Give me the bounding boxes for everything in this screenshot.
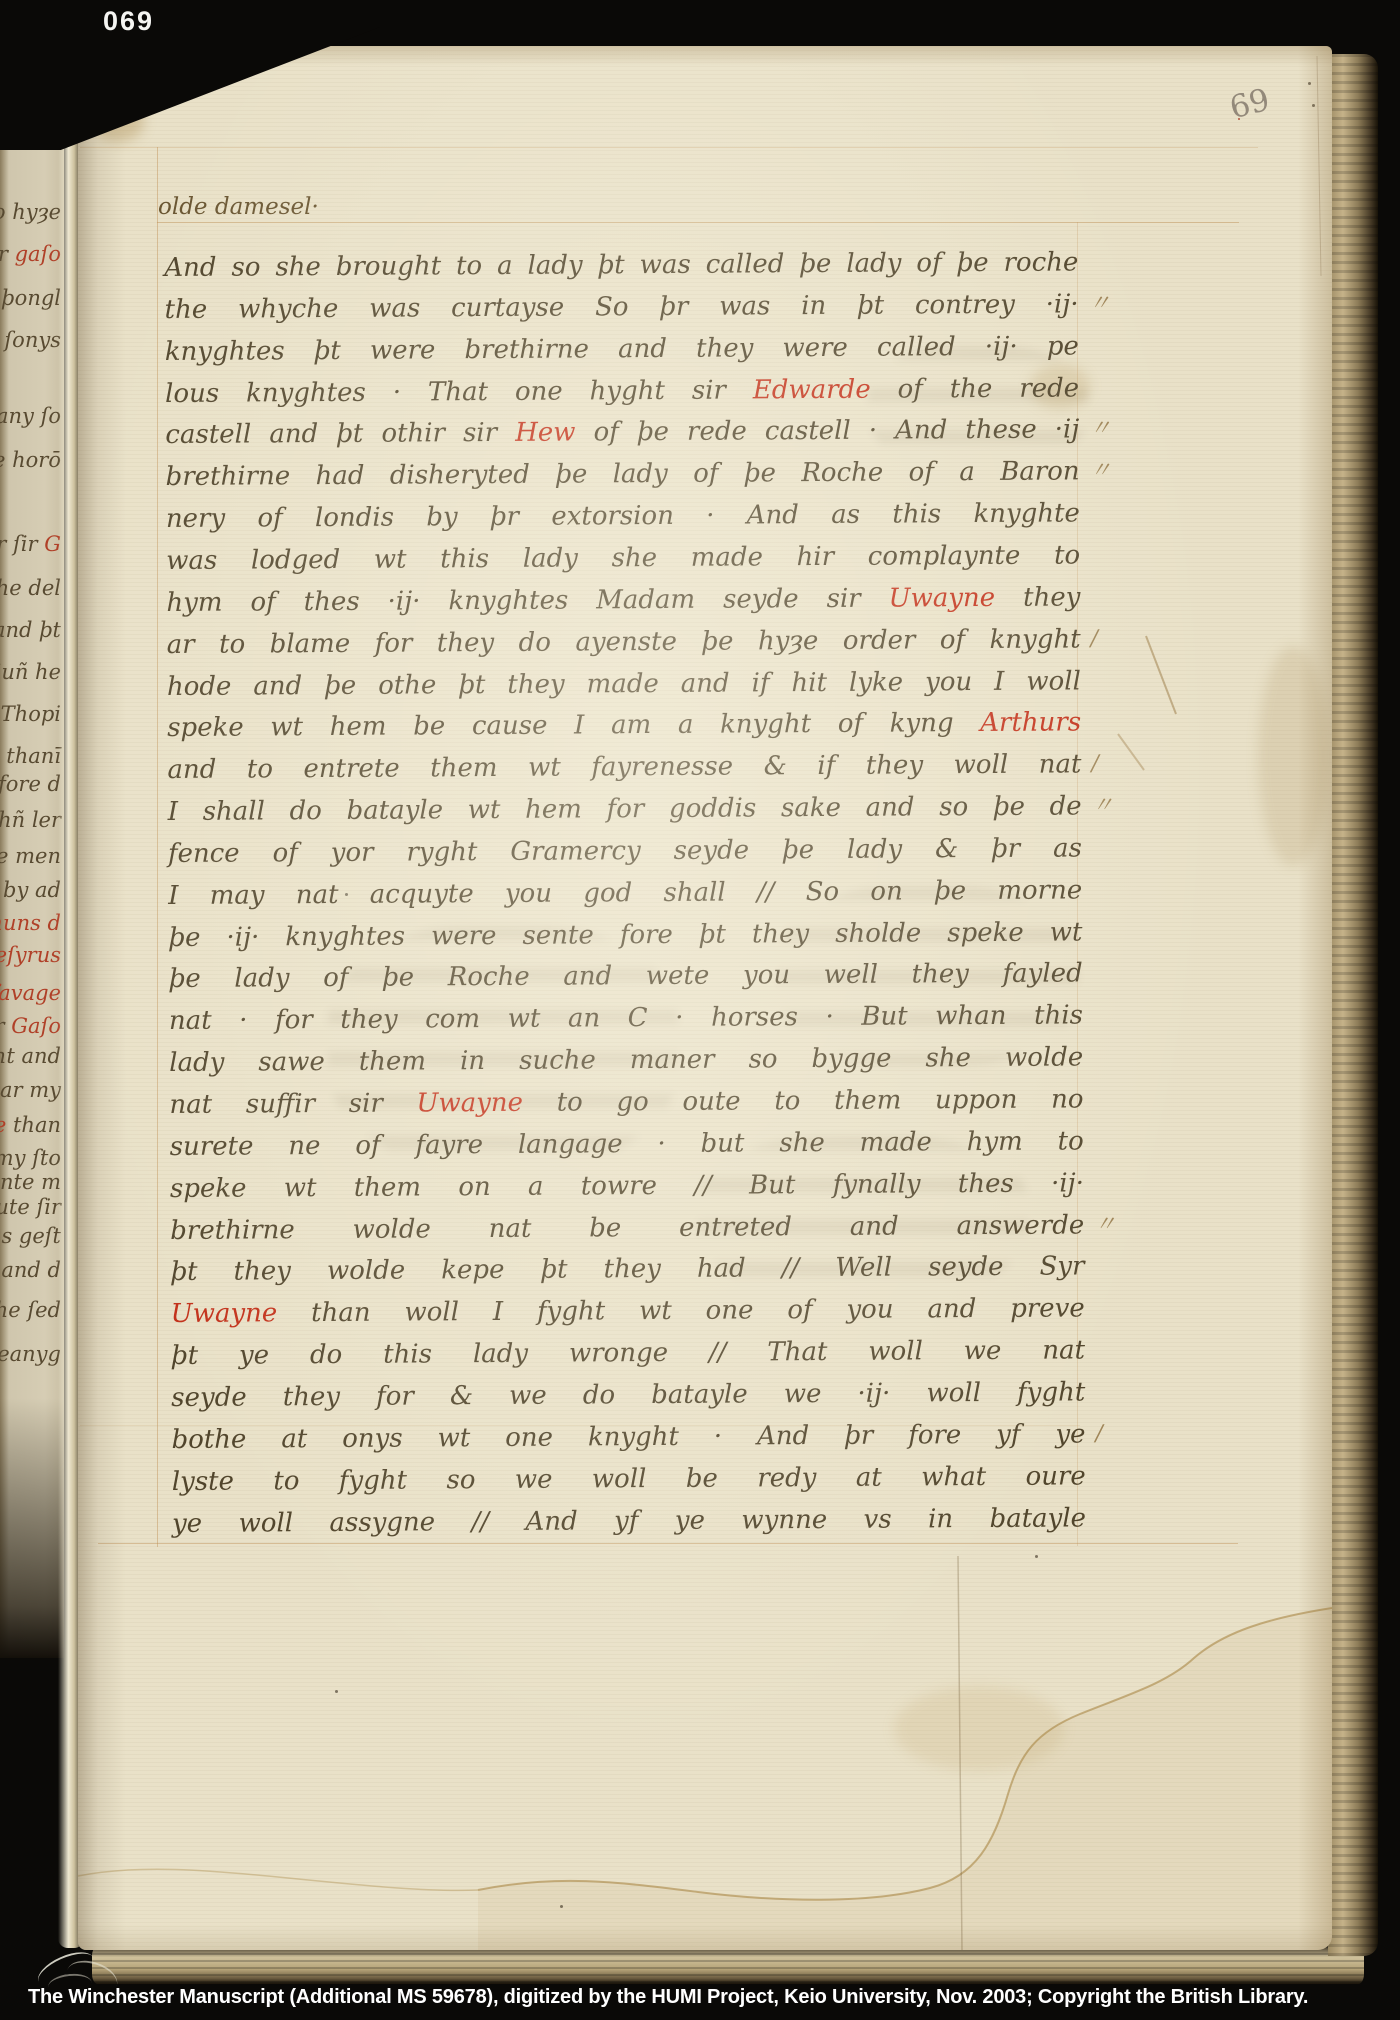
- ink-text: than: [13, 1113, 61, 1137]
- rubric-word: ayne: [0, 1113, 13, 1137]
- book-bottom-edge: [92, 1946, 1364, 1984]
- gutter-text-fragment: m ſir gaſo: [0, 242, 61, 266]
- rubric-word: Gaſo: [11, 1014, 61, 1038]
- ink-text: au Thopi: [0, 702, 61, 726]
- page-vignette: [78, 46, 1332, 1950]
- ink-text: oge thanī: [0, 744, 61, 768]
- ink-text: ſo by ad: [0, 878, 61, 902]
- gutter-text-fragment: my knyght and: [0, 1044, 61, 1068]
- ink-text: m ſir: [0, 242, 15, 266]
- ink-text: as fore d: [0, 772, 61, 796]
- gutter-text-fragment: the meanyg: [0, 1342, 61, 1366]
- ink-text: te hñ ler: [0, 808, 61, 832]
- gutter-text-fragment: le deſyrus: [0, 943, 61, 967]
- gutter-text-fragment: was geſt: [0, 1224, 61, 1248]
- gutter-text-fragment: as fore d: [0, 772, 61, 796]
- ink-text: ave many ſo: [0, 404, 61, 428]
- ink-text: þſon and þt: [0, 618, 61, 642]
- gutter-text-fragment: heute ſir: [0, 1195, 61, 1219]
- ink-text: my knyght and: [0, 1044, 61, 1068]
- gutter-text-fragment: l Befor ſir G: [0, 532, 61, 556]
- ink-text: l Befor ſir: [0, 532, 44, 556]
- ink-text: and þt he del: [0, 576, 61, 600]
- gutter-text-fragment: oge thanī: [0, 744, 61, 768]
- ink-text: aſ ſo hyȝe: [0, 200, 61, 224]
- gutter-text-fragment: t of my ſto: [0, 1146, 61, 1170]
- ink-text: of niuñ he: [0, 660, 61, 684]
- gutter-page-strip: aſ ſo hyȝem ſir gaſohyr þonglſyrūd ſonys…: [0, 138, 64, 1658]
- ink-text: ore ſir: [0, 1014, 11, 1038]
- ink-text: nd falle horō: [0, 448, 61, 472]
- ink-text: the meanyg: [0, 1342, 61, 1366]
- gutter-text-fragment: te hñ ler: [0, 808, 61, 832]
- gutter-text-fragment: ſhe·he men: [0, 844, 61, 868]
- ink-text: t of my ſto: [0, 1146, 61, 1170]
- rubric-word: dothuns d: [0, 911, 61, 935]
- ink-text: was geſt: [0, 1224, 61, 1248]
- gutter-text-fragment: þſon and þt: [0, 618, 61, 642]
- rubric-word: le deſyrus: [0, 943, 61, 967]
- gutter-text-fragment: aſ ſo hyȝe: [0, 200, 61, 224]
- ink-text: do yſthe ſed: [0, 1298, 61, 1322]
- gutter-text-fragment: ſyrūd ſonys: [0, 328, 61, 352]
- book-fore-edge: [1328, 54, 1378, 1956]
- ink-text: can and d: [0, 1258, 61, 1282]
- gutter-text-fragment: au Thopi: [0, 702, 61, 726]
- ink-text: heute ſir: [0, 1195, 61, 1219]
- ink-text: emente m: [0, 1170, 61, 1194]
- scan-page-number: 069: [103, 6, 154, 37]
- ink-text: hyr þongl: [0, 286, 61, 310]
- ink-text: et har my: [0, 1078, 61, 1102]
- gutter-text-fragment: emente m: [0, 1170, 61, 1194]
- gutter-text-fragment: and þt he del: [0, 576, 61, 600]
- gutter-text-fragment: as le ſavage: [0, 981, 61, 1005]
- caption-bar: The Winchester Manuscript (Additional MS…: [28, 1986, 1396, 2009]
- manuscript-photo-frame: aſ ſo hyȝem ſir gaſohyr þonglſyrūd ſonys…: [0, 0, 1400, 2020]
- gutter-text-fragment: nd falle horō: [0, 448, 61, 472]
- gutter-text-fragment: of niuñ he: [0, 660, 61, 684]
- gutter-text-fragment: hyr þongl: [0, 286, 61, 310]
- rubric-word: gaſo: [15, 242, 61, 266]
- gutter-text-fragment: can and d: [0, 1258, 61, 1282]
- gutter-text-fragment: ayne than: [0, 1113, 61, 1137]
- manuscript-page: olde damesel· 69 And so she brought to a…: [78, 46, 1332, 1950]
- ink-text: ſyrūd ſonys: [0, 328, 61, 352]
- gutter-text-fragment: et har my: [0, 1078, 61, 1102]
- ink-text: ſhe·he men: [0, 844, 61, 868]
- gutter-text-fragment: ff dothuns d: [0, 911, 61, 935]
- gutter-text-fragment: ore ſir Gaſo: [0, 1014, 61, 1038]
- gutter-text-fragment: yne ſo by ad: [0, 878, 61, 902]
- gutter-text-fragment: ave many ſo: [0, 404, 61, 428]
- gutter-shadow: [0, 1398, 64, 1658]
- gutter-text-fragment: do yſthe ſed: [0, 1298, 61, 1322]
- rubric-word: le ſavage: [0, 981, 61, 1005]
